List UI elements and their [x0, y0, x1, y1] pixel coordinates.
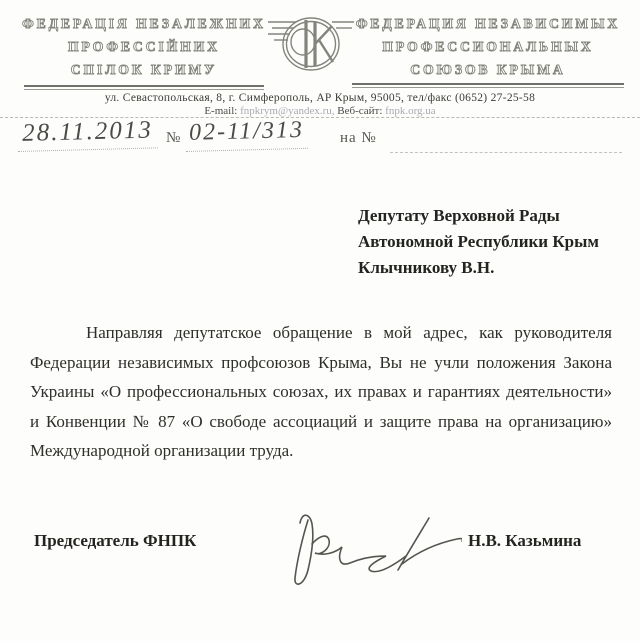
email-value: fnpkrym@yandex.ru, — [240, 105, 334, 117]
letterhead-rule-left — [24, 85, 264, 90]
email-label: E-mail: — [204, 105, 237, 117]
org-name-ru-line2: ПРОФЕССИОНАЛЬНЫХ — [352, 35, 624, 58]
reference-row: 28.11.2013 № 02-11/313 на № — [0, 118, 640, 162]
org-contact-line: E-mail: fnpkrym@yandex.ru, Веб-сайт: fnp… — [0, 105, 640, 117]
org-name-ukrainian: ФЕДЕРАЦІЯ НЕЗАЛЕЖНИХ ПРОФЕССІЙНИХ СПІЛОК… — [22, 12, 266, 81]
scanned-letter-page: ФЕДЕРАЦІЯ НЕЗАЛЕЖНИХ ПРОФЕССІЙНИХ СПІЛОК… — [0, 0, 640, 641]
letterhead-rule-right — [352, 83, 624, 88]
fnpk-logo-emblem-icon — [266, 6, 356, 80]
website-value: fnpk.org.ua — [385, 105, 436, 117]
addressee-block: Депутату Верховной Рады Автономной Респу… — [358, 203, 620, 281]
signer-name: Н.В. Казьмина — [468, 531, 581, 551]
org-name-ru-line1: ФЕДЕРАЦИЯ НЕЗАВИСИМЫХ — [352, 12, 624, 35]
number-sign-label: № — [166, 130, 180, 147]
letter-body-paragraph: Направляя депутатское обращение в мой ад… — [30, 318, 612, 466]
org-name-ru-line3: СОЮЗОВ КРЫМА — [352, 58, 624, 81]
org-name-uk-line2: ПРОФЕССІЙНИХ — [22, 35, 266, 58]
org-name-uk-line3: СПІЛОК КРИМУ — [22, 58, 266, 81]
website-label: Веб-сайт: — [337, 105, 382, 117]
addressee-line3: Клычникову В.Н. — [358, 255, 620, 281]
addressee-line1: Депутату Верховной Рады — [358, 203, 620, 229]
handwritten-date: 28.11.2013 — [17, 116, 158, 152]
org-address: ул. Севастопольская, 8, г. Симферополь, … — [0, 92, 640, 104]
handwritten-signature-icon — [252, 498, 462, 590]
handwritten-outgoing-number: 02-11/313 — [185, 117, 308, 152]
reply-to-number-label: на № — [340, 130, 377, 147]
org-name-uk-line1: ФЕДЕРАЦІЯ НЕЗАЛЕЖНИХ — [22, 12, 266, 35]
signer-title: Председатель ФНПК — [34, 531, 196, 551]
reply-number-blank-line — [390, 152, 622, 153]
addressee-line2: Автономной Республики Крым — [358, 229, 620, 255]
org-name-russian: ФЕДЕРАЦИЯ НЕЗАВИСИМЫХ ПРОФЕССИОНАЛЬНЫХ С… — [352, 12, 624, 81]
